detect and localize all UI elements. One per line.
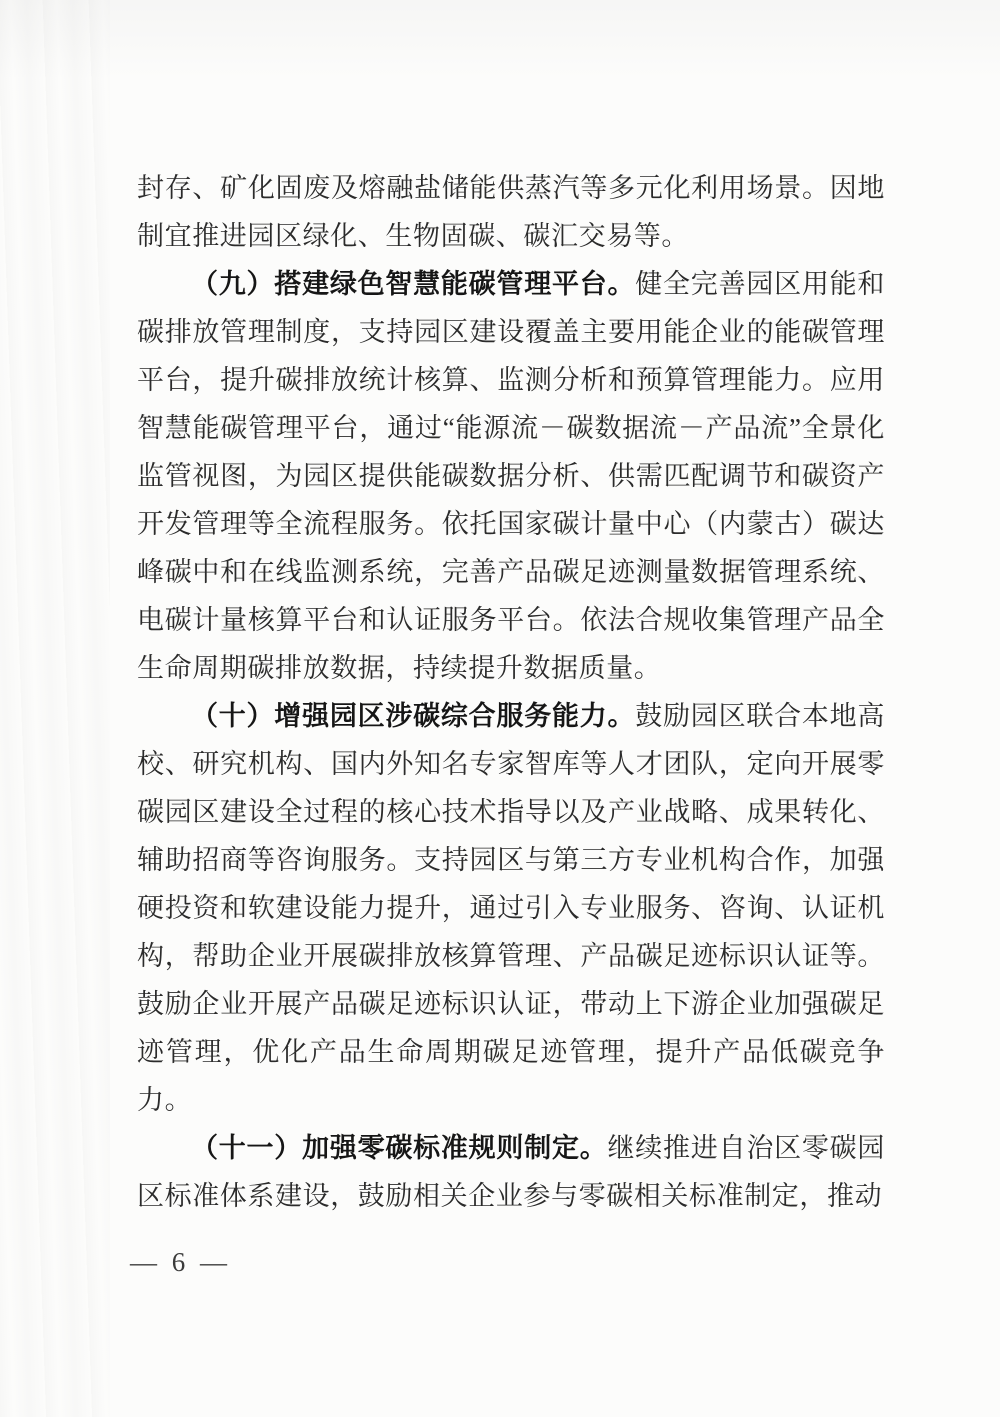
page-number: — 6 — [130,1247,231,1278]
paragraph-heading: （十）增强园区涉碳综合服务能力。 [191,701,635,731]
paragraph-section-9: （九）搭建绿色智慧能碳管理平台。健全完善园区用能和碳排放管理制度，支持园区建设覆… [137,260,885,692]
paragraph-section-11: （十一）加强零碳标准规则制定。继续推进自治区零碳园区标准体系建设，鼓励相关企业参… [137,1124,885,1220]
paragraph-continuation: 封存、矿化固废及熔融盐储能供蒸汽等多元化利用场景。因地制宜推进园区绿化、生物固碳… [137,164,885,260]
paragraph-heading: （九）搭建绿色智慧能碳管理平台。 [191,269,635,299]
document-page: 封存、矿化固废及熔融盐储能供蒸汽等多元化利用场景。因地制宜推进园区绿化、生物固碳… [0,0,1000,1417]
paragraph-body: 健全完善园区用能和碳排放管理制度，支持园区建设覆盖主要用能企业的能碳管理平台，提… [137,269,885,683]
paragraph-section-10: （十）增强园区涉碳综合服务能力。鼓励园区联合本地高校、研究机构、国内外知名专家智… [137,692,885,1124]
paragraph-heading: （十一）加强零碳标准规则制定。 [191,1133,608,1163]
paragraph-body: 鼓励园区联合本地高校、研究机构、国内外知名专家智库等人才团队，定向开展零碳园区建… [137,701,885,1115]
scan-artifact [0,0,1000,80]
paragraph-body: 封存、矿化固废及熔融盐储能供蒸汽等多元化利用场景。因地制宜推进园区绿化、生物固碳… [137,173,885,251]
scan-artifact [0,0,110,1417]
document-text-block: 封存、矿化固废及熔融盐储能供蒸汽等多元化利用场景。因地制宜推进园区绿化、生物固碳… [137,164,885,1220]
